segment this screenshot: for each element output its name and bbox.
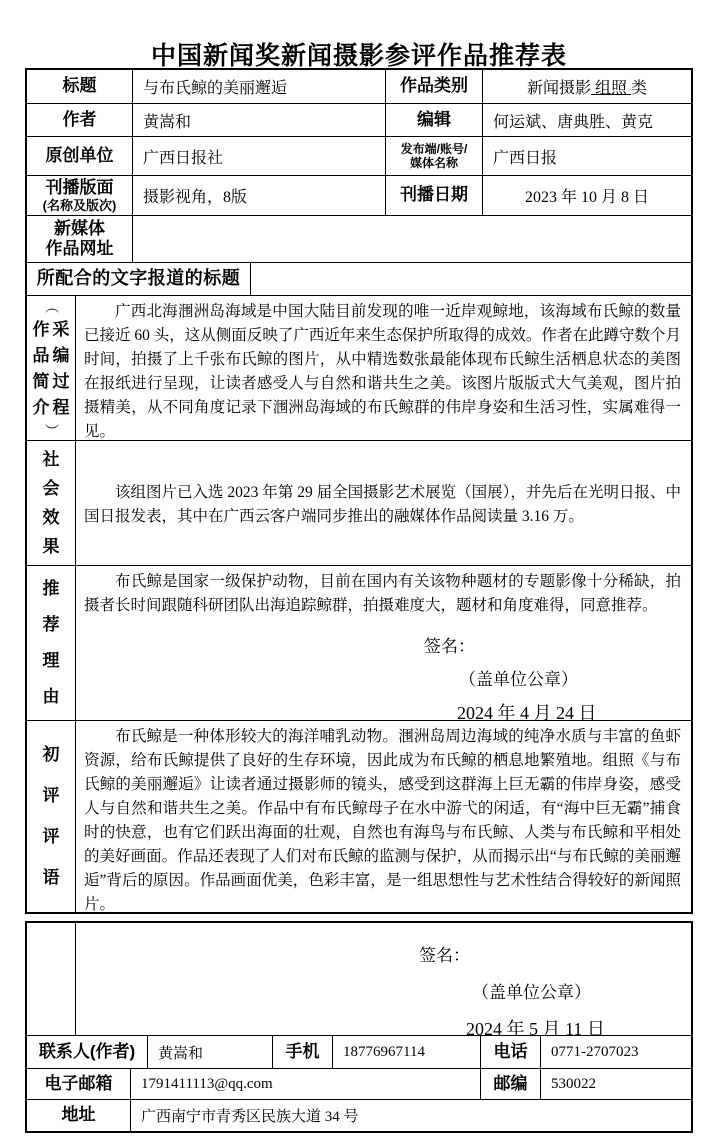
- intro-paren-open: （: [46, 299, 57, 313]
- label-publish-channel: 发布端/账号/ 媒体名称: [385, 137, 482, 175]
- review-label-char-2: 评: [43, 787, 60, 805]
- value-author: 黄嵩和: [132, 104, 385, 136]
- intro-paragraph: 广西北海涠洲岛海域是中国大陆目前发现的唯一近岸观鲸地，该海域布氏鲸的数量已接近 …: [84, 300, 681, 440]
- label-related-report-title: 所配合的文字报道的标题: [27, 263, 250, 295]
- intro-label-pair-1: 作采: [30, 321, 73, 338]
- label-phone: 电话: [480, 1036, 540, 1068]
- final-signature-content: 签名： （盖单位公章） 2024 年 5 月 11 日: [75, 923, 691, 1035]
- recommendation-sign-block: 签名： （盖单位公章） 2024 年 4 月 24 日: [84, 632, 597, 720]
- sign-date: 2024 年 4 月 24 日: [457, 699, 597, 720]
- intro-label-pair-2: 品编: [30, 347, 73, 364]
- label-publish-channel-line1: 发布端/账号/: [401, 142, 468, 156]
- contact-row-2: 电子邮箱 1791411113@qq.com 邮编 530022: [27, 1068, 691, 1099]
- value-title: 与布氏鲸的美丽邂逅: [132, 70, 385, 103]
- page-title: 中国新闻奖新闻摄影参评作品推荐表: [25, 0, 693, 68]
- final-sign-date: 2024 年 5 月 11 日: [466, 1015, 605, 1035]
- intro-label-pair-3: 简过: [30, 373, 73, 390]
- label-publish-channel-line2: 媒体名称: [410, 156, 458, 170]
- section-content-intro: 广西北海涠洲岛海域是中国大陆目前发现的唯一近岸观鲸地，该海域布氏鲸的数量已接近 …: [75, 296, 691, 440]
- value-original-unit: 广西日报社: [132, 137, 385, 175]
- value-editor: 何运斌、唐典胜、黄克: [482, 104, 691, 136]
- label-publication-page: 刊播版面 (名称及版次): [27, 176, 132, 215]
- section-social-effect: 社 会 效 果 该组图片已入选 2023 年第 29 届全国摄影艺术展览（国展）…: [27, 440, 691, 565]
- value-publish-date: 2023 年 10 月 8 日: [482, 176, 691, 215]
- intro-label-pair-4: 介程: [30, 399, 73, 416]
- label-publication-page-line2: (名称及版次): [43, 198, 117, 214]
- review-label-char-1: 初: [43, 746, 60, 764]
- value-postcode: 530022: [540, 1069, 691, 1099]
- section-content-recommendation: 布氏鲸是国家一级保护动物，目前在国内有关该物种题材的专题影像十分稀缺，拍摄者长时…: [75, 566, 691, 720]
- table-gap: [25, 914, 693, 921]
- value-email: 1791411113@qq.com: [130, 1069, 480, 1099]
- final-sign-label: 签名：: [419, 941, 605, 966]
- document-page: 中国新闻奖新闻摄影参评作品推荐表 标题 与布氏鲸的美丽邂逅 作品类别 新闻摄影 …: [0, 0, 718, 1138]
- recommendation-paragraph: 布氏鲸是国家一级保护动物，目前在国内有关该物种题材的专题影像十分稀缺，拍摄者长时…: [84, 570, 681, 618]
- value-new-media-url: [132, 216, 691, 262]
- final-sign-block: 签名： （盖单位公章） 2024 年 5 月 11 日: [84, 927, 605, 1035]
- section-label-intro: （ 作采 品编 简过 介程 ）: [27, 296, 75, 440]
- label-category: 作品类别: [385, 70, 482, 103]
- value-related-report-title: [250, 263, 691, 295]
- value-address: 广西南宁市青秀区民族大道 34 号: [130, 1100, 691, 1131]
- review-label-char-4: 语: [43, 869, 60, 887]
- label-address: 地址: [27, 1100, 130, 1131]
- label-new-media-line2: 作品网址: [46, 239, 114, 259]
- table-row-unit: 原创单位 广西日报社 发布端/账号/ 媒体名称 广西日报: [27, 136, 691, 175]
- review-comment-paragraph: 布氏鲸是一种体形较大的海洋哺乳动物。涠洲岛周边海域的纯净水质与丰富的鱼虾资源，给…: [84, 725, 681, 912]
- recommend-label-char-1: 推: [43, 580, 60, 598]
- section-review-comment: 初 评 评 语 布氏鲸是一种体形较大的海洋哺乳动物。涠洲岛周边海域的纯净水质与丰…: [27, 720, 691, 912]
- recommend-label-char-3: 理: [43, 652, 60, 670]
- section-content-review-comment: 布氏鲸是一种体形较大的海洋哺乳动物。涠洲岛周边海域的纯净水质与丰富的鱼虾资源，给…: [75, 721, 691, 912]
- social-effect-paragraph: 该组图片已入选 2023 年第 29 届全国摄影艺术展览（国展），并先后在光明日…: [84, 481, 681, 529]
- section-final-signature: 签名： （盖单位公章） 2024 年 5 月 11 日: [27, 923, 691, 1035]
- category-suffix: 类: [631, 75, 647, 98]
- sign-label: 签名：: [424, 632, 597, 657]
- table-row-related-report: 所配合的文字报道的标题: [27, 262, 691, 295]
- label-mobile: 手机: [272, 1036, 332, 1068]
- table-row-title: 标题 与布氏鲸的美丽邂逅 作品类别 新闻摄影 组照 类: [27, 70, 691, 103]
- form-document: 中国新闻奖新闻摄影参评作品推荐表 标题 与布氏鲸的美丽邂逅 作品类别 新闻摄影 …: [25, 0, 693, 1133]
- contact-row-1: 联系人(作者) 黄嵩和 手机 18776967114 电话 0771-27070…: [27, 1035, 691, 1068]
- label-editor: 编辑: [385, 104, 482, 136]
- recommend-label-char-2: 荐: [43, 616, 60, 634]
- label-author: 作者: [27, 104, 132, 136]
- value-publication-page: 摄影视角，8版: [132, 176, 385, 215]
- final-signature-empty-label: [27, 923, 75, 1035]
- social-label-char-2: 会: [43, 480, 60, 498]
- label-original-unit: 原创单位: [27, 137, 132, 175]
- social-label-char-3: 效: [43, 509, 60, 527]
- seal-note: （盖单位公章）: [459, 665, 597, 690]
- section-intro: （ 作采 品编 简过 介程 ） 广西北海涠洲岛海域是中国大陆目前发现的唯一近岸观…: [27, 295, 691, 440]
- table-row-page: 刊播版面 (名称及版次) 摄影视角，8版 刊播日期 2023 年 10 月 8 …: [27, 175, 691, 215]
- social-label-char-4: 果: [43, 538, 60, 556]
- label-new-media-url: 新媒体 作品网址: [27, 216, 132, 262]
- label-contact-person: 联系人(作者): [27, 1036, 147, 1068]
- label-email: 电子邮箱: [27, 1069, 130, 1099]
- label-title: 标题: [27, 70, 132, 103]
- section-content-social-effect: 该组图片已入选 2023 年第 29 届全国摄影艺术展览（国展），并先后在光明日…: [75, 441, 691, 565]
- final-seal-note: （盖单位公章）: [472, 978, 605, 1003]
- category-prefix: 新闻摄影: [527, 75, 591, 98]
- recommend-label-char-4: 由: [43, 688, 60, 706]
- label-publish-date: 刊播日期: [385, 176, 482, 215]
- bottom-table: 签名： （盖单位公章） 2024 年 5 月 11 日 联系人(作者) 黄嵩和 …: [25, 921, 693, 1133]
- category-underlined: 组照: [591, 75, 631, 98]
- section-label-social-effect: 社 会 效 果: [27, 441, 75, 565]
- section-label-recommendation: 推 荐 理 由: [27, 566, 75, 720]
- intro-paren-close: ）: [46, 423, 57, 437]
- value-category: 新闻摄影 组照 类: [482, 70, 691, 103]
- social-label-char-1: 社: [43, 451, 60, 469]
- review-label-char-3: 评: [43, 828, 60, 846]
- label-publication-page-line1: 刊播版面: [46, 178, 114, 198]
- label-new-media-line1: 新媒体: [54, 219, 105, 239]
- table-row-author: 作者 黄嵩和 编辑 何运斌、唐典胜、黄克: [27, 103, 691, 136]
- section-recommendation: 推 荐 理 由 布氏鲸是国家一级保护动物，目前在国内有关该物种题材的专题影像十分…: [27, 565, 691, 720]
- value-phone: 0771-2707023: [540, 1036, 691, 1068]
- value-publish-channel: 广西日报: [482, 137, 691, 175]
- table-row-new-media-url: 新媒体 作品网址: [27, 215, 691, 262]
- section-label-review-comment: 初 评 评 语: [27, 721, 75, 912]
- main-table: 标题 与布氏鲸的美丽邂逅 作品类别 新闻摄影 组照 类 作者 黄嵩和 编辑 何运…: [25, 68, 693, 914]
- value-mobile: 18776967114: [332, 1036, 480, 1068]
- label-postcode: 邮编: [480, 1069, 540, 1099]
- value-contact-person: 黄嵩和: [147, 1036, 272, 1068]
- contact-row-3: 地址 广西南宁市青秀区民族大道 34 号: [27, 1099, 691, 1131]
